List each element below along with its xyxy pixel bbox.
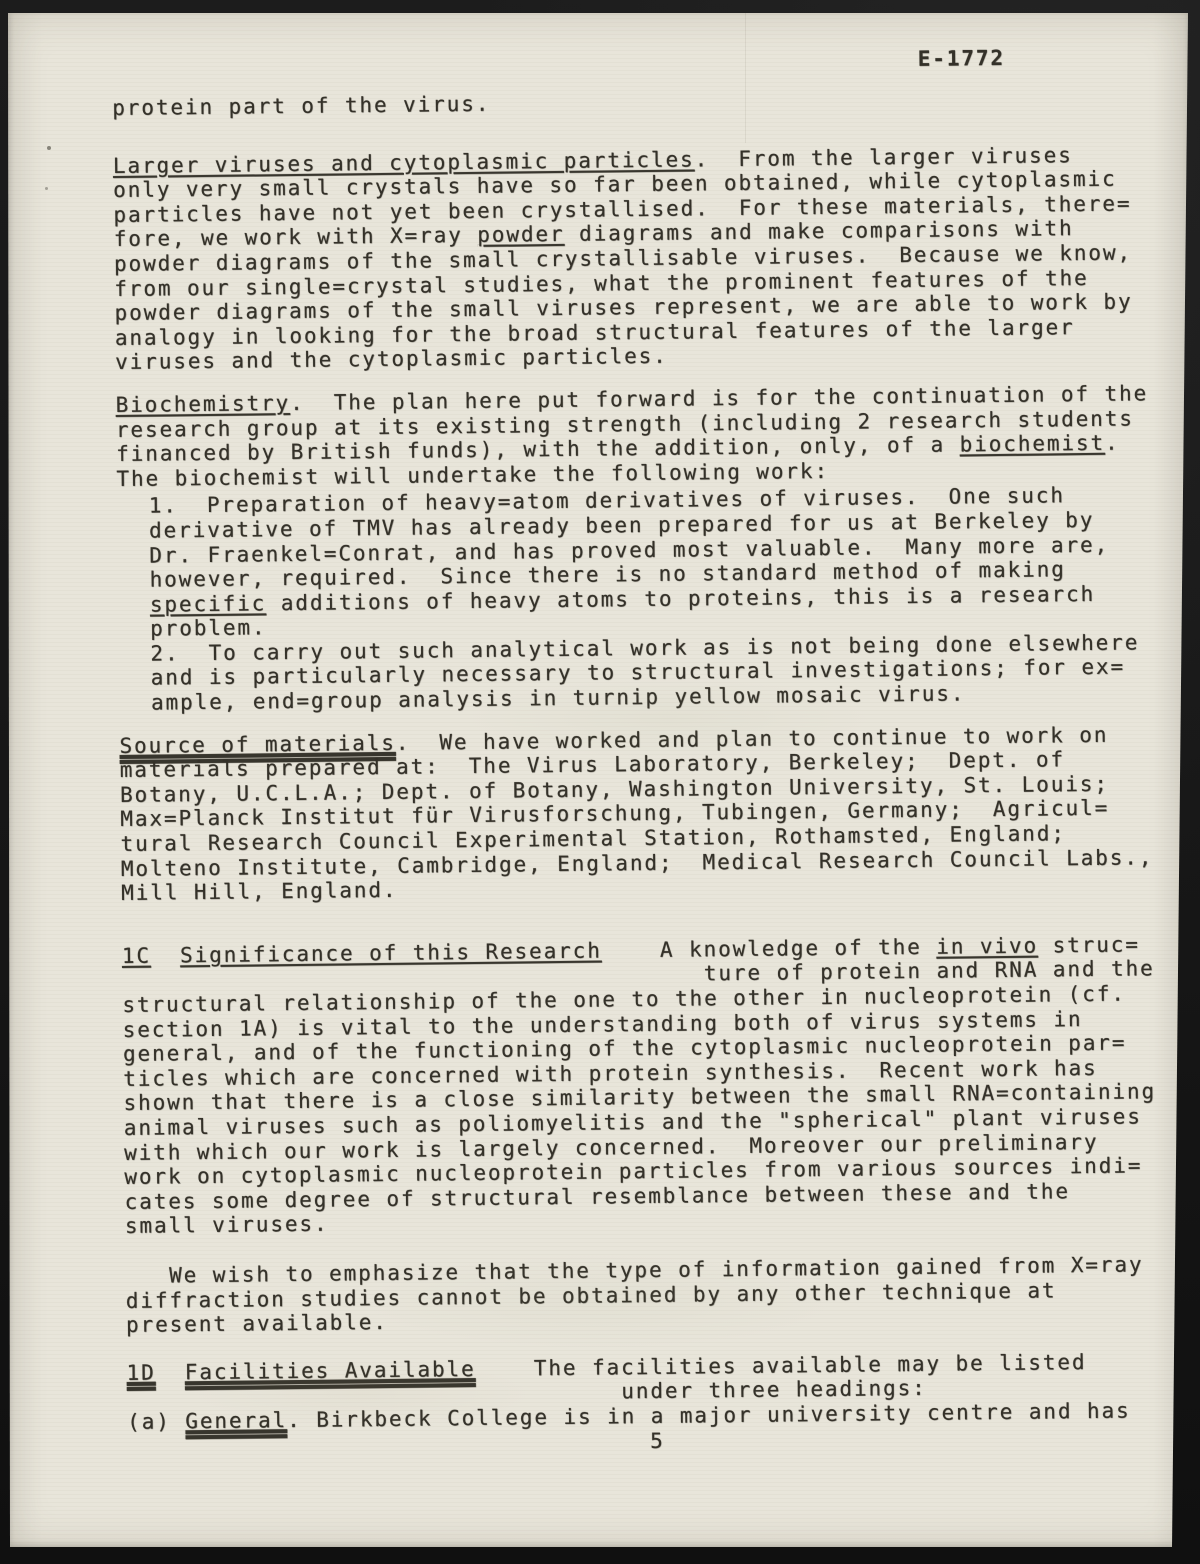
text-line: protein part of the virus. [112,84,1172,121]
section-significance: 1C Significance of this Research A knowl… [122,932,1185,1239]
document-body: protein part of the virus.Larger viruses… [112,84,1187,1459]
document-page: E-1772 protein part of the virus.Larger … [8,13,1188,1547]
section-biochemistry: Biochemistry. The plan here put forward … [115,381,1176,491]
ink-speck [45,187,48,190]
list-item-1: 1. Preparation of heavy=atom derivatives… [117,482,1179,642]
ink-speck [47,146,51,150]
document-reference-number: E-1772 [918,46,1006,72]
section-larger-viruses: Larger viruses and cytoplasmic particles… [113,142,1175,375]
opening-line-fragment: protein part of the virus. [112,84,1172,121]
list-item-2: 2. To carry out such analytical work as … [118,630,1179,716]
section-source-of-materials: Source of materials. We have worked and … [119,722,1181,906]
typewritten-text-block: E-1772 protein part of the virus.Larger … [112,44,1188,1459]
para-emphasis: We wish to emphasize that the type of in… [125,1252,1186,1338]
